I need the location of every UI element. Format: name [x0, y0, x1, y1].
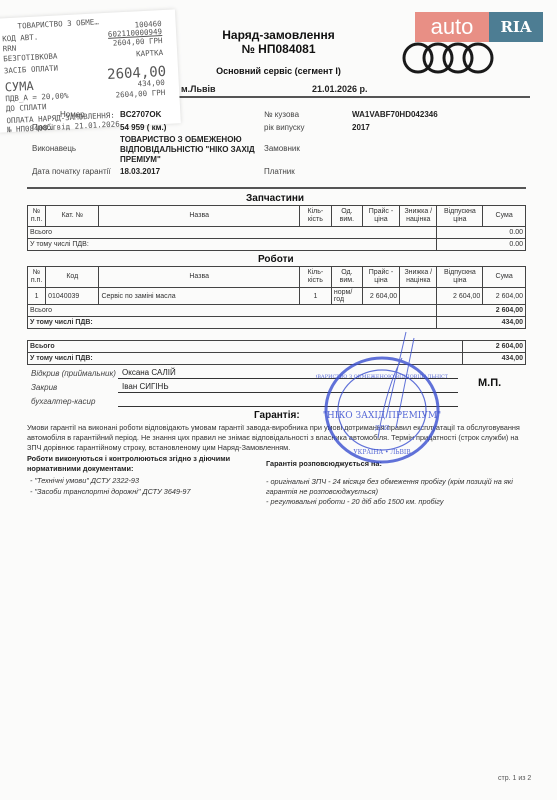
- warranty-start-date: 18.03.2017: [120, 167, 160, 176]
- sig-name-opened: Оксана САЛІЙ: [122, 368, 176, 377]
- col-sale-price: Відпускна ціна: [437, 267, 483, 288]
- norms-title: Роботи виконуються і контролюються згідн…: [27, 454, 252, 474]
- label-payer: Платник: [264, 167, 295, 176]
- col-unit: Од. вим.: [331, 206, 362, 227]
- col-price: Прайс - ціна: [362, 267, 399, 288]
- stamp-center-text: "НІКО ЗАХІД ПРЕМІУМ": [323, 411, 441, 421]
- warranty-title: Гарантія:: [254, 410, 300, 421]
- col-discount: Знижка / націнка: [400, 267, 437, 288]
- norm-item: - "Технічні умови" ДСТУ 2322-93: [30, 476, 139, 486]
- col-name: Назва: [99, 267, 299, 288]
- cell-code: 01040039: [46, 288, 99, 305]
- parts-header-row: № п.п. Кат. № Назва Кіль-кість Од. вим. …: [28, 206, 526, 227]
- cell-sum: 2 604,00: [483, 288, 526, 305]
- sig-role-opened: Відкрив (приймальник): [31, 369, 116, 378]
- grand-total: 2 604,00: [463, 341, 526, 353]
- label-executor: Виконавець: [32, 144, 76, 153]
- works-vat-label: У тому числі ПДВ:: [28, 317, 437, 329]
- parts-total-row: Всього 0.00: [28, 227, 526, 239]
- company-stamp-icon: "НІКО ЗАХІД ПРЕМІУМ" ДЛЯ УКРАЇНА • ЛЬВІВ…: [316, 328, 448, 468]
- city: м.Львів: [181, 84, 216, 94]
- stamp-small-text: ДЛЯ: [375, 425, 390, 432]
- receipt-line: ДО СПЛАТИ: [6, 102, 47, 113]
- cell-num: 1: [28, 288, 46, 305]
- mileage: 54 959 ( км.): [120, 123, 166, 132]
- receipt-line: 2604,00 ГРН: [115, 88, 165, 100]
- receipt-line: КАРТКА: [136, 48, 164, 58]
- parts-total: 0.00: [437, 227, 526, 239]
- works-vat: 434,00: [437, 317, 526, 329]
- stamp-label: М.П.: [478, 377, 501, 389]
- table-row: 1 01040039 Сервіс по заміні масла 1 норм…: [28, 288, 526, 305]
- warranty-text: Умови гарантії на виконані роботи відпов…: [27, 423, 527, 453]
- cell-discount: [400, 288, 437, 305]
- executor: ТОВАРИСТВО З ОБМЕЖЕНОЮ ВІДПОВІДАЛЬНІСТЮ …: [120, 135, 280, 165]
- col-qty: Кіль-кість: [299, 206, 331, 227]
- label-warranty-start: Дата початку гарантії: [32, 167, 111, 176]
- works-total: 2 604,00: [437, 305, 526, 317]
- doc-date: 21.01.2026 р.: [312, 84, 368, 94]
- grand-vat-row: У тому числі ПДВ: 434,00: [28, 353, 526, 365]
- label-year: рік випуску: [264, 123, 305, 132]
- receipt-line: БЕЗГОТІВКОВА: [3, 52, 58, 64]
- col-price: Прайс - ціна: [362, 206, 399, 227]
- sig-role-cashier: бухгалтер-касир: [31, 397, 95, 406]
- works-title: Роботи: [258, 254, 294, 265]
- receipt-line: СУМА: [4, 79, 34, 94]
- receipt-line: КОД АВТ.: [2, 33, 39, 44]
- scope-item: - регулювальні роботи - 20 діб або 1500 …: [266, 497, 444, 507]
- label-vin: № кузова: [264, 110, 299, 119]
- parts-title: Запчастини: [246, 193, 304, 204]
- sig-role-closed: Закрив: [31, 383, 57, 392]
- works-total-label: Всього: [28, 305, 437, 317]
- receipt-line: ЗАСІБ ОПЛАТИ: [4, 64, 59, 76]
- stamp-bottom-text: УКРАЇНА • ЛЬВІВ: [353, 449, 411, 456]
- cell-name: Сервіс по заміні масла: [99, 288, 299, 305]
- col-qty: Кіль-кість: [299, 267, 331, 288]
- label-mileage: Пробіг: [32, 123, 56, 132]
- cell-unit: норм/год: [331, 288, 362, 305]
- info-divider: [27, 187, 526, 189]
- parts-vat: 0.00: [437, 239, 526, 251]
- cell-qty: 1: [299, 288, 331, 305]
- parts-vat-label: У тому числі ПДВ:: [28, 239, 437, 251]
- col-sale-price: Відпускна ціна: [437, 206, 483, 227]
- header-divider: [120, 96, 530, 98]
- col-num: № п.п.: [28, 267, 46, 288]
- col-num: № п.п.: [28, 206, 46, 227]
- page-number: стр. 1 из 2: [498, 775, 531, 782]
- works-vat-row: У тому числі ПДВ: 434,00: [28, 317, 526, 329]
- works-header-row: № п.п. Код Назва Кіль-кість Од. вим. Пра…: [28, 267, 526, 288]
- cell-sale-price: 2 604,00: [437, 288, 483, 305]
- label-customer: Замовник: [264, 144, 300, 153]
- parts-table: № п.п. Кат. № Назва Кіль-кість Од. вим. …: [27, 205, 526, 251]
- parts-vat-row: У тому числі ПДВ: 0.00: [28, 239, 526, 251]
- norm-item: - "Засоби транспортні дорожні" ДСТУ 3649…: [30, 487, 191, 497]
- plate-number: BC2707OK: [120, 110, 161, 119]
- sig-name-closed: Іван СИГІНЬ: [122, 382, 169, 391]
- col-sum: Сума: [483, 206, 526, 227]
- parts-total-label: Всього: [28, 227, 437, 239]
- stamp-top-text: ТОВАРИСТВО З ОБМЕЖЕНОЮ ВІДПОВІДАЛЬНІСТЮ: [316, 374, 448, 380]
- works-total-row: Всього 2 604,00: [28, 305, 526, 317]
- grand-total-row: Всього 2 604,00: [28, 341, 526, 353]
- receipt-line: ТОВАРИСТВО З ОБМЕ…: [17, 17, 99, 30]
- cell-price: 2 604,00: [362, 288, 399, 305]
- receipt-line: RRN: [2, 44, 16, 54]
- scope-item: - оригінальні ЗПЧ - 24 місяця без обмеже…: [266, 477, 524, 497]
- receipt-line: 2604,00 ГРН: [113, 36, 163, 48]
- label-plate: Номер: [60, 110, 85, 119]
- col-name: Назва: [99, 206, 299, 227]
- col-cat: Кат. №: [46, 206, 99, 227]
- vin: WA1VABF70HD042346: [352, 110, 438, 119]
- works-table: № п.п. Код Назва Кіль-кість Од. вим. Пра…: [27, 266, 526, 329]
- receipt-line: ПДВ_А = 20,00%: [5, 91, 69, 103]
- col-discount: Знижка / націнка: [400, 206, 437, 227]
- col-code: Код: [46, 267, 99, 288]
- receipt-line: 434,00: [137, 78, 165, 88]
- grand-vat: 434,00: [463, 353, 526, 365]
- year: 2017: [352, 123, 370, 132]
- grand-total-table: Всього 2 604,00 У тому числі ПДВ: 434,00: [27, 340, 526, 365]
- col-sum: Сума: [483, 267, 526, 288]
- col-unit: Од. вим.: [331, 267, 362, 288]
